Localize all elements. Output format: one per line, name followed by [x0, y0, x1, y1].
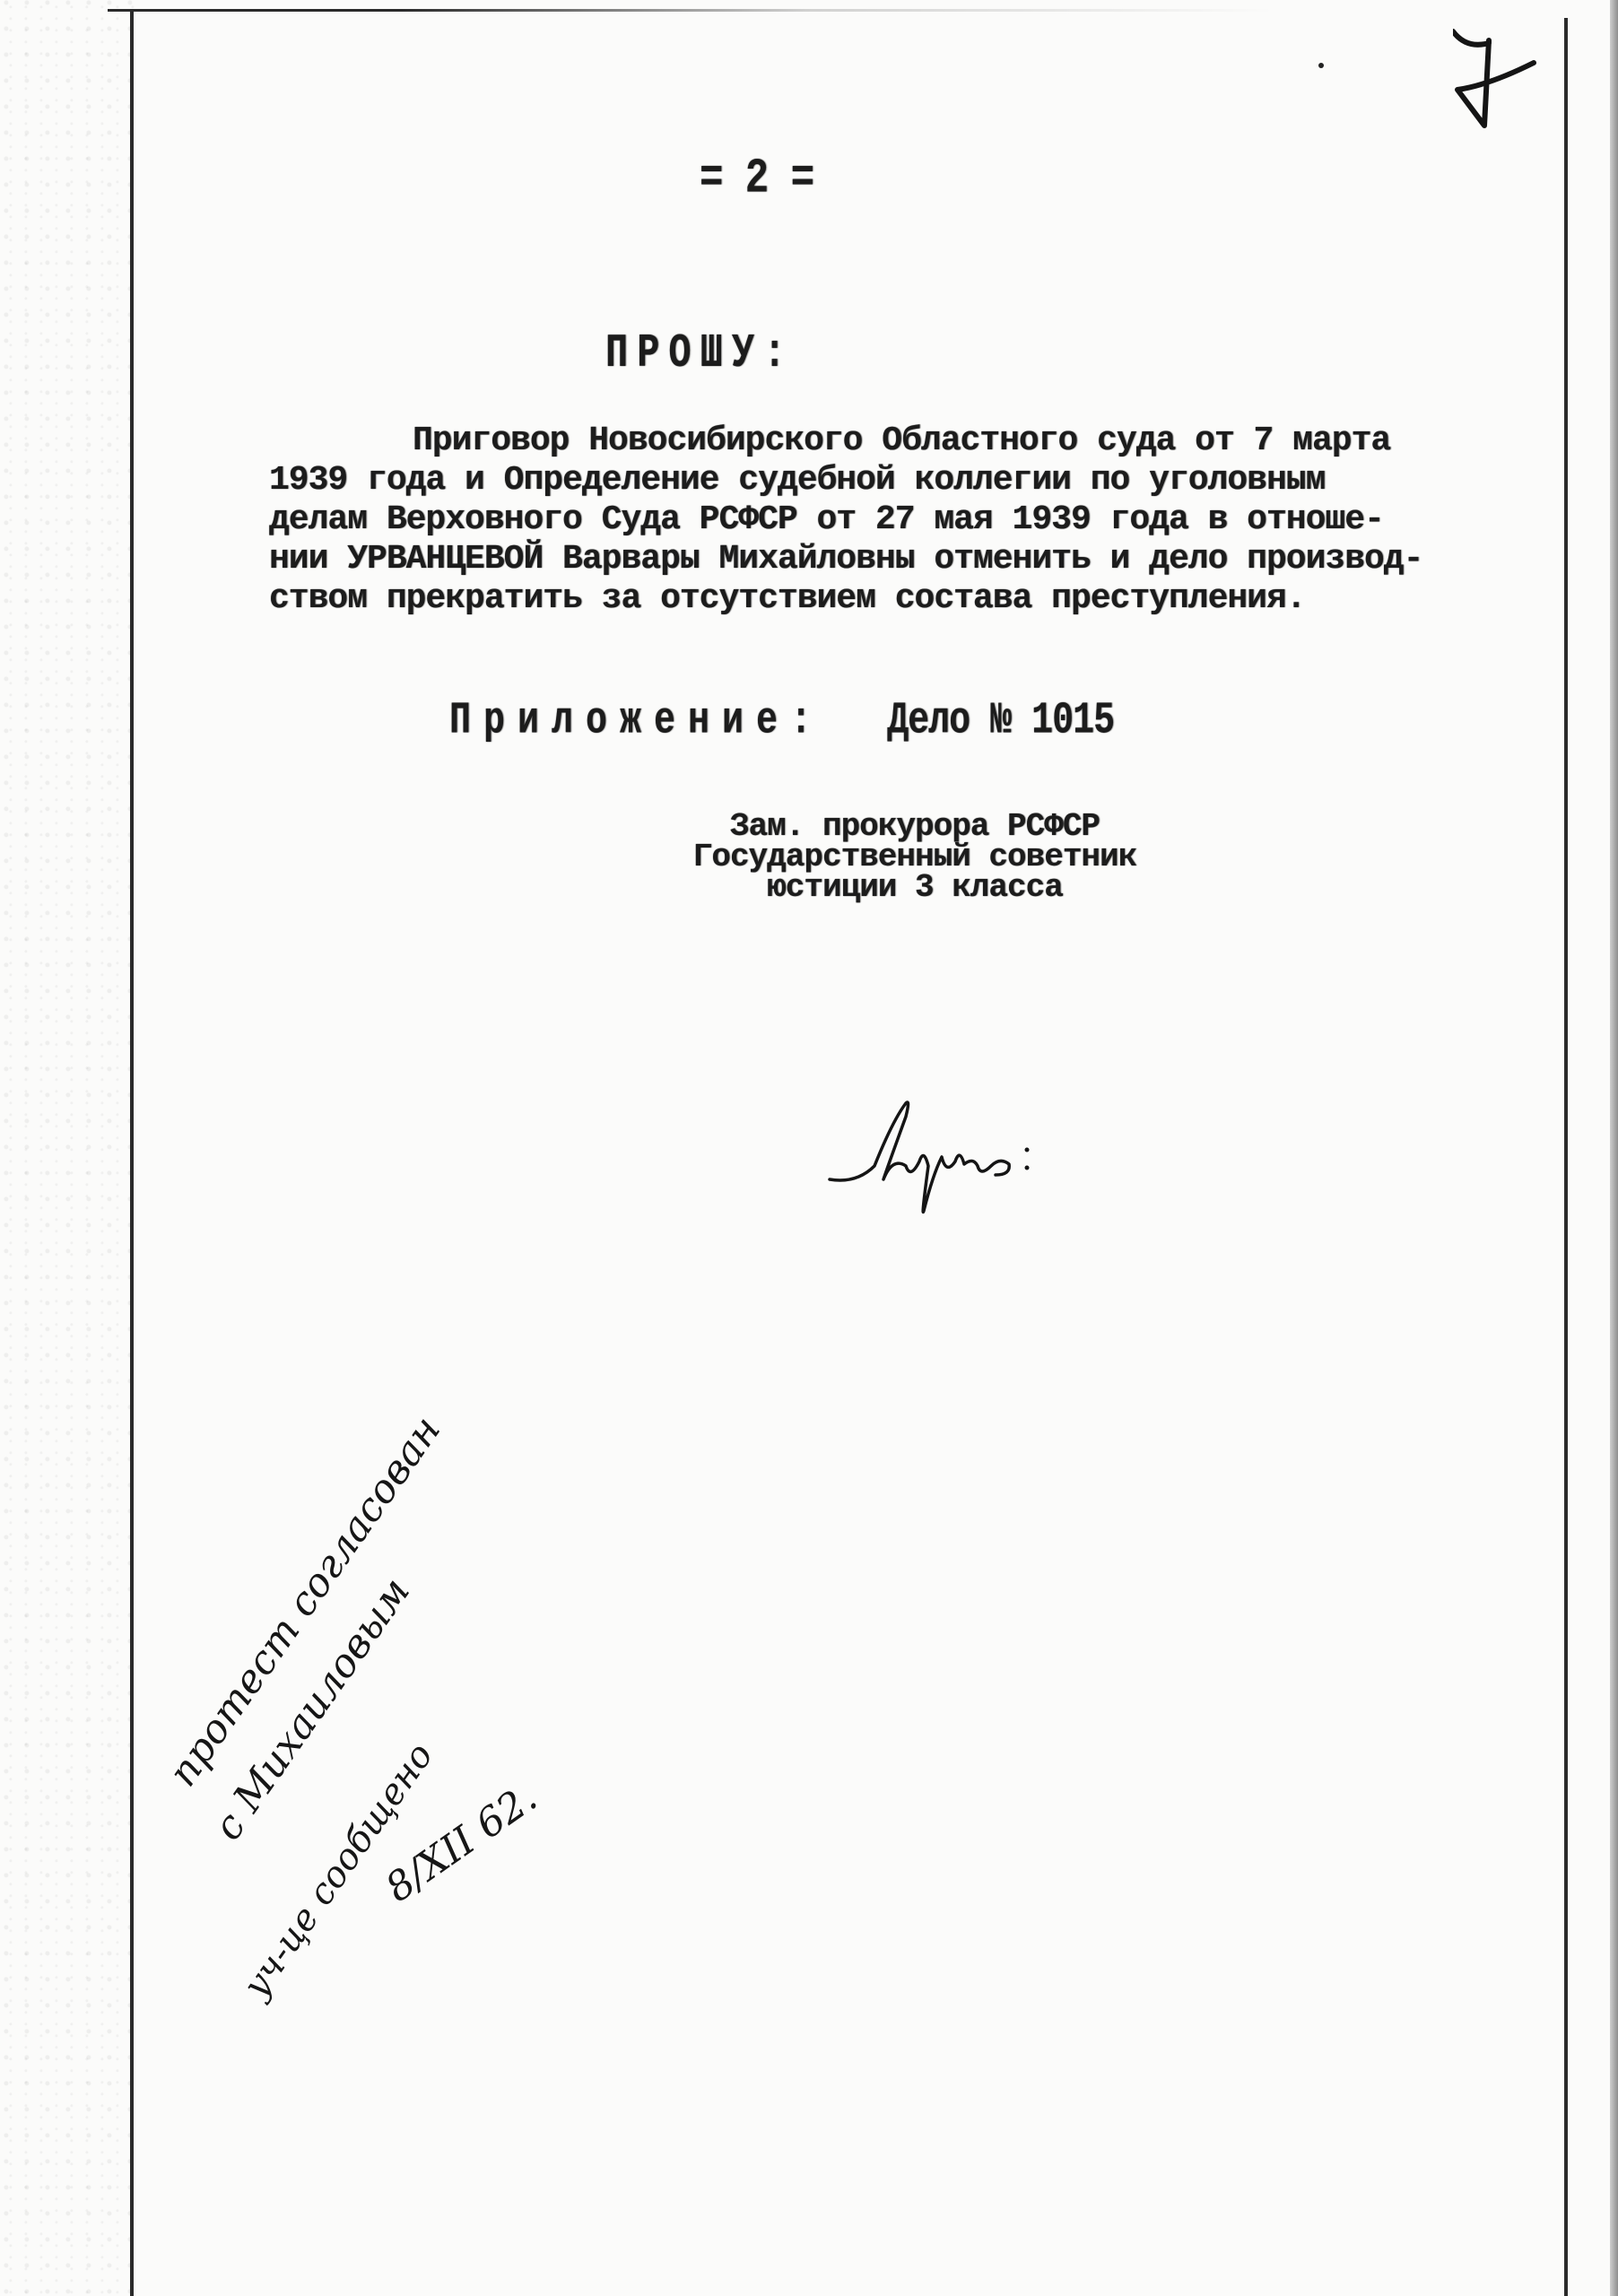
petition-body: Приговор Новосибирского Областного суда …: [269, 422, 1480, 619]
body-line: делам Верховного Суда РСФСР от 27 мая 19…: [269, 500, 1480, 540]
appendix-value: Дело № 1015: [887, 696, 1114, 746]
body-line: нии УРВАНЦЕВОЙ Варвары Михайловны отмени…: [269, 540, 1480, 579]
page-number: = 2 =: [700, 154, 813, 204]
body-line: ством прекратить за отсутствием состава …: [269, 579, 1480, 619]
right-margin-line: [1564, 18, 1568, 2296]
scan-shadow-right-edge: [1610, 0, 1618, 2296]
appendix-line: Приложение:Дело № 1015: [408, 655, 1114, 744]
top-margin-line: [108, 9, 1274, 12]
appendix-label: Приложение:: [449, 696, 824, 746]
body-line: 1939 года и Определение судебной коллеги…: [269, 461, 1480, 500]
petition-heading: ПРОШУ:: [605, 330, 795, 378]
scan-noise-left-edge: [0, 0, 135, 2296]
ink-dot: [1318, 63, 1324, 68]
left-margin-line: [130, 9, 134, 2296]
handwritten-sheet-number: [1453, 18, 1552, 135]
handwritten-signature: [821, 1094, 1054, 1220]
signatory-block: Зам. прокурора РСФСР Государственный сов…: [664, 812, 1166, 903]
body-line: Приговор Новосибирского Областного суда …: [269, 422, 1480, 461]
signatory-line: юстиции 3 класса: [664, 873, 1166, 903]
signatory-line: Государственный советник: [664, 842, 1166, 873]
signatory-line: Зам. прокурора РСФСР: [664, 812, 1166, 842]
